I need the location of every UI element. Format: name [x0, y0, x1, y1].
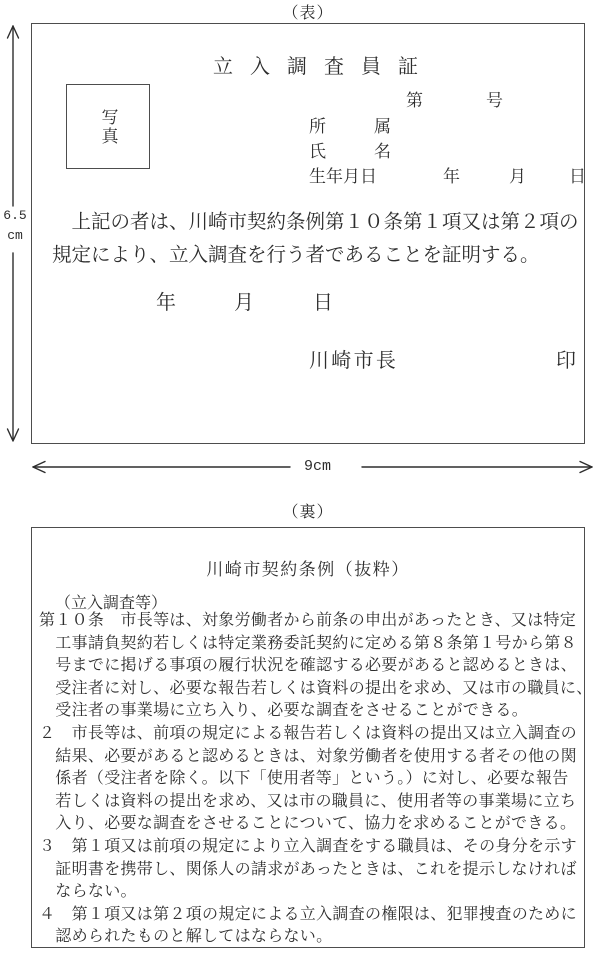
- birthdate-month-label: 月: [509, 162, 526, 187]
- birthdate-day-label: 日: [569, 162, 586, 187]
- width-dimension-arrow: [0, 455, 601, 481]
- certification-statement: 上記の者は、川崎市契約条例第１０条第１項又は第２項の 規定により、立入調査を行う…: [52, 207, 579, 272]
- name-label-left: 氏: [309, 137, 326, 162]
- back-side-label: （裏）: [31, 499, 585, 522]
- photo-placeholder-box: 写真: [66, 84, 150, 169]
- width-dimension-value: 9cm: [304, 458, 331, 475]
- ordinance-text-line: 結果、必要があると認めるときは、対象労働者を使用する者その他の関: [39, 746, 593, 769]
- issue-day-label: 日: [313, 286, 333, 315]
- ordinance-text-line: ２ 市長等は、前項の規定による報告若しくは資料の提出又は立入調査の: [39, 723, 593, 746]
- front-card-box: 立入調査員証 写真 第 号 所 属 氏 名 生年月日 年 月 日 上記の者は、川…: [31, 23, 585, 444]
- back-card-box: 川崎市契約条例（抜粋） （立入調査等） 第１０条 市長等は、対象労働者から前条の…: [31, 527, 585, 948]
- front-side-label: （表）: [31, 0, 585, 23]
- document-page: （表） 立入調査員証 写真 第 号 所 属 氏 名 生年月日 年 月 日 上記の…: [0, 0, 601, 954]
- ordinance-text-line: 受注者に対し、必要な報告若しくは資料の提出を求め、又は市の職員に、: [39, 678, 593, 701]
- height-dimension-unit: cm: [1, 228, 29, 243]
- birthdate-label: 生年月日: [309, 162, 377, 187]
- certification-statement-line: 上記の者は、川崎市契約条例第１０条第１項又は第２項の: [52, 207, 579, 240]
- issuer-name: 川崎市長: [309, 344, 398, 373]
- issue-year-label: 年: [156, 286, 176, 315]
- number-prefix-label: 第: [406, 86, 423, 111]
- ordinance-text-line: ならない。: [39, 881, 593, 904]
- ordinance-text-line: 入り、必要な調査をさせることについて、協力を求めることができる。: [39, 813, 593, 836]
- number-suffix-label: 号: [486, 86, 503, 111]
- seal-mark: 印: [556, 344, 576, 373]
- ordinance-text-line: 号までに掲げる事項の履行状況を確認する必要があると認めるときは、: [39, 655, 593, 678]
- affiliation-label-right: 属: [374, 112, 391, 137]
- ordinance-text-line: 係者（受注者を除く。以下「使用者等」という。）に対し、必要な報告: [39, 768, 593, 791]
- ordinance-text-line: ３ 第１項又は前項の規定により立入調査をする職員は、その身分を示す: [39, 836, 593, 859]
- birthdate-year-label: 年: [443, 162, 460, 187]
- ordinance-text-line: 証明書を携帯し、関係人の請求があったときは、これを提示しなければ: [39, 859, 593, 882]
- affiliation-label-left: 所: [309, 112, 326, 137]
- ordinance-text-line: 第１０条 市長等は、対象労働者から前条の申出があったとき、又は特定: [39, 610, 593, 633]
- height-dimension-value: 6.5: [1, 208, 29, 223]
- ordinance-text-line: 工事請負契約若しくは特定業務委託契約に定める第８条第１号から第８: [39, 633, 593, 656]
- ordinance-text-line: 認められたものと解してはならない。: [39, 926, 593, 949]
- card-title: 立入調査員証: [213, 50, 435, 79]
- ordinance-title: 川崎市契約条例（抜粋）: [32, 555, 584, 580]
- ordinance-text: 第１０条 市長等は、対象労働者から前条の申出があったとき、又は特定 工事請負契約…: [39, 610, 593, 949]
- photo-label: 写真: [100, 108, 117, 146]
- ordinance-text-line: ４ 第１項又は第２項の規定による立入調査の権限は、犯罪捜査のために: [39, 904, 593, 927]
- certification-statement-line: 規定により、立入調査を行う者であることを証明する。: [52, 240, 579, 273]
- issue-month-label: 月: [234, 286, 254, 315]
- ordinance-text-line: 若しくは資料の提出を求め、又は市の職員に、使用者等の事業場に立ち: [39, 791, 593, 814]
- ordinance-text-line: 受注者の事業場に立ち入り、必要な調査をさせることができる。: [39, 700, 593, 723]
- name-label-right: 名: [374, 137, 391, 162]
